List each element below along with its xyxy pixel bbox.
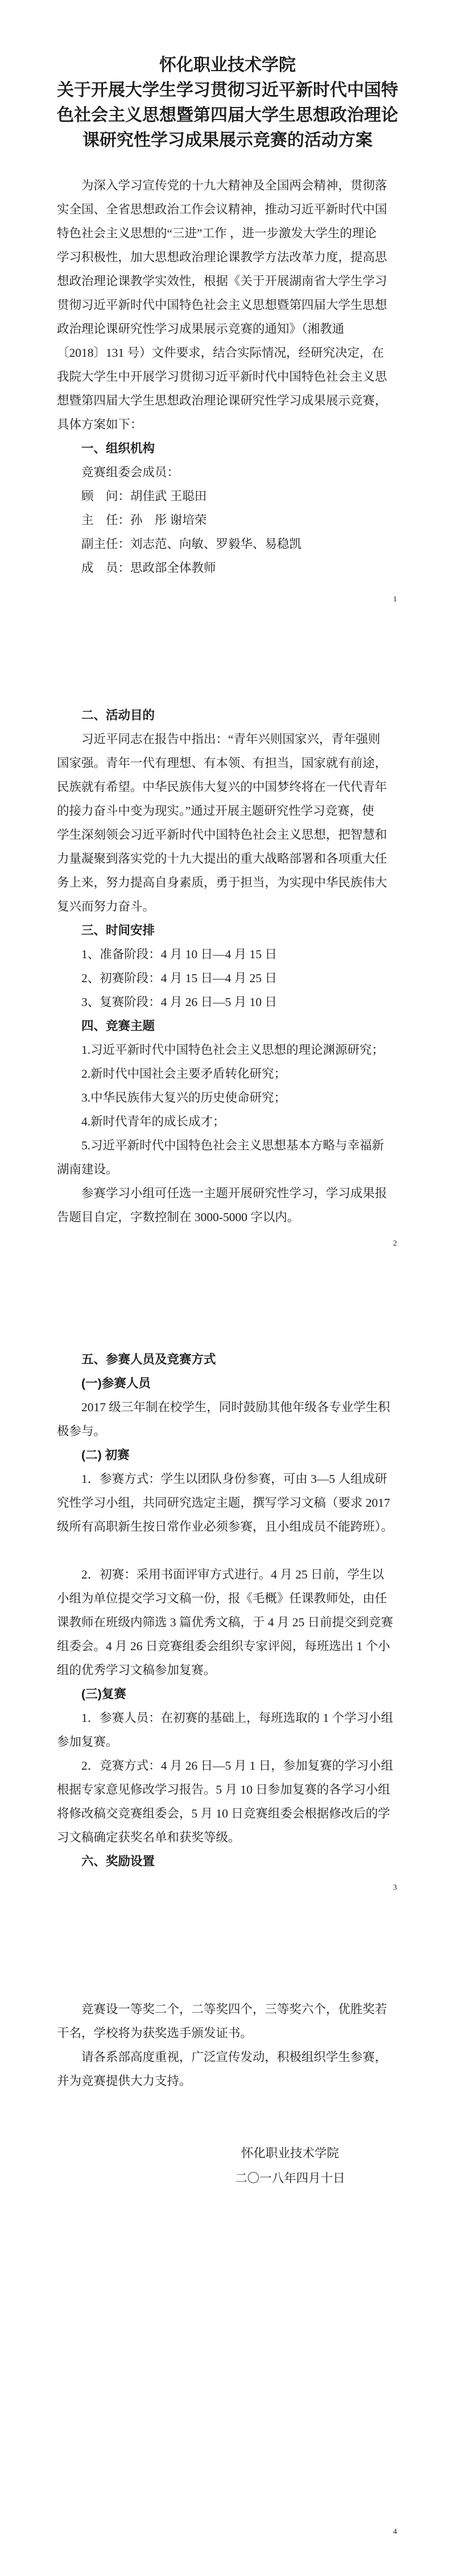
document-page: 竞赛设一等奖二个，二等奖四个，三等奖六个，优胜奖若 干名，学校将为获奖选手颁发证… bbox=[0, 1932, 455, 2576]
page-content: 竞赛设一等奖二个，二等奖四个，三等奖六个，优胜奖若 干名，学校将为获奖选手颁发证… bbox=[0, 1932, 455, 2191]
paragraph: 2．初赛：采用书面评审方式进行。4 月 25 日前，学生以 小组为单位提交学习文… bbox=[57, 1563, 398, 1682]
text-line: 1、准备阶段：4 月 10 日—4 月 15 日 bbox=[57, 942, 398, 966]
signature-block: 怀化职业技术学院 二〇一八年四月十日 bbox=[227, 2141, 353, 2191]
text-line: 2.新时代中国社会主要矛盾转化研究； bbox=[57, 1062, 398, 1086]
section-heading: 三、时间安排 bbox=[57, 918, 398, 942]
page-content: 怀化职业技术学院关于开展大学生学习贯彻习近平新时代中国特 色社会主义思想暨第四届… bbox=[0, 0, 455, 580]
text-line: 3、复赛阶段：4 月 26 日—5 月 10 日 bbox=[57, 990, 398, 1014]
blank-line bbox=[57, 1539, 398, 1563]
text-line: 主 任：孙 彤 谢培荣 bbox=[57, 508, 398, 532]
text-line: 竞赛组委会成员： bbox=[57, 460, 398, 484]
document-page: 怀化职业技术学院关于开展大学生学习贯彻习近平新时代中国特 色社会主义思想暨第四届… bbox=[0, 0, 455, 644]
scanned-document: 怀化职业技术学院关于开展大学生学习贯彻习近平新时代中国特 色社会主义思想暨第四届… bbox=[0, 0, 455, 2576]
text-line: 3.中华民族伟大复兴的历史使命研究； bbox=[57, 1086, 398, 1110]
paragraph: 参赛学习小组可任选一主题开展研究性学习，学习成果报 告题目自定，字数控制在 30… bbox=[57, 1181, 398, 1229]
section-heading: 四、竞赛主题 bbox=[57, 1014, 398, 1038]
page-content: 二、活动目的习近平同志在报告中指出：“青年兴则国家兴，青年强则 国家强。青年一代… bbox=[0, 644, 455, 1229]
paragraph: 1．参赛人员：在初赛的基础上，每班选取的 1 个学习小组 参加复赛。 bbox=[57, 1706, 398, 1754]
page-number: 4 bbox=[393, 2528, 397, 2537]
document-page: 二、活动目的习近平同志在报告中指出：“青年兴则国家兴，青年强则 国家强。青年一代… bbox=[0, 644, 455, 1288]
text-line: 1.习近平新时代中国特色社会主义思想的理论渊源研究； bbox=[57, 1038, 398, 1062]
text-line: 4.新时代青年的成长成才； bbox=[57, 1110, 398, 1134]
text-line: 2、初赛阶段：4 月 15 日—4 月 25 日 bbox=[57, 966, 398, 990]
document-title: 怀化职业技术学院 bbox=[57, 53, 398, 78]
text-line: 顾 问：胡佳武 王聪田 bbox=[57, 484, 398, 508]
text-line: 成 员：思政部全体教师 bbox=[57, 556, 398, 580]
section-heading: (二) 初赛 bbox=[57, 1443, 398, 1467]
section-heading: 六、奖励设置 bbox=[57, 1849, 398, 1873]
paragraph: 5.习近平新时代中国特色社会主义思想基本方略与幸福新 湖南建设。 bbox=[57, 1134, 398, 1181]
paragraph: 竞赛设一等奖二个，二等奖四个，三等奖六个，优胜奖若 干名，学校将为获奖选手颁发证… bbox=[57, 1997, 398, 2045]
document-subtitle: 关于开展大学生学习贯彻习近平新时代中国特 色社会主义思想暨第四届大学生思想政治理… bbox=[57, 78, 398, 153]
page-number: 3 bbox=[393, 1883, 397, 1893]
paragraph: 1．参赛方式：学生以团队身份参赛，可由 3—5 人组成研 究性学习小组，共同研究… bbox=[57, 1467, 398, 1539]
section-heading: 五、参赛人员及竞赛方式 bbox=[57, 1347, 398, 1371]
page-number: 1 bbox=[393, 595, 397, 604]
paragraph: 请各系部高度重视，广泛宣传发动，积极组织学生参赛， 并为竞赛提供大力支持。 bbox=[57, 2045, 398, 2093]
paragraph: 习近平同志在报告中指出：“青年兴则国家兴，青年强则 国家强。青年一代有理想、有本… bbox=[57, 727, 398, 918]
section-heading: 一、组织机构 bbox=[57, 436, 398, 460]
section-heading: 二、活动目的 bbox=[57, 703, 398, 727]
paragraph: 为深入学习宣传党的十九大精神及全国两会精神，贯彻落 实全国、全省思想政治工作会议… bbox=[57, 174, 398, 436]
text-line: 副主任：刘志范、向敏、罗毅华、易稳凯 bbox=[57, 532, 398, 556]
section-heading: (一)参赛人员 bbox=[57, 1371, 398, 1395]
page-number: 2 bbox=[393, 1239, 397, 1248]
paragraph: 2．竞赛方式：4 月 26 日—5 月 1 日，参加复赛的学习小组 根据专家意见… bbox=[57, 1754, 398, 1849]
document-page: 五、参赛人员及竞赛方式(一)参赛人员2017 级三年制在校学生，同时鼓励其他年级… bbox=[0, 1288, 455, 1932]
paragraph: 2017 级三年制在校学生，同时鼓励其他年级各专业学生积 极参与。 bbox=[57, 1395, 398, 1443]
section-heading: (三)复赛 bbox=[57, 1682, 398, 1706]
page-content: 五、参赛人员及竞赛方式(一)参赛人员2017 级三年制在校学生，同时鼓励其他年级… bbox=[0, 1288, 455, 1873]
